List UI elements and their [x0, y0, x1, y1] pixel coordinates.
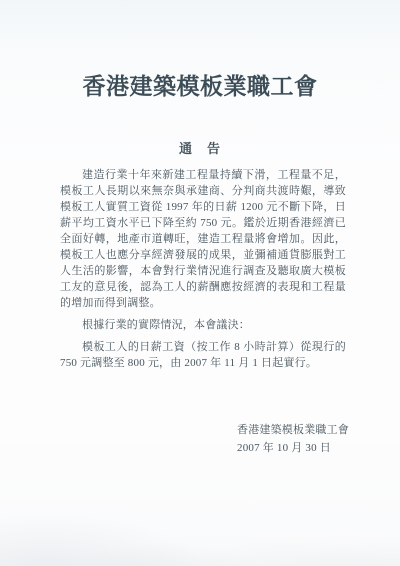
notice-heading: 通 告 — [0, 138, 400, 157]
paragraph-resolution-intro: 根據行業的實際情況，本會議決： — [60, 317, 346, 333]
notice-body: 建造行業十年來新建工程量持續下滑，工程量不足，模板工人長期以來無奈與承建商、分判… — [60, 167, 346, 377]
signature-org: 香港建築模板業職工會 — [237, 421, 349, 439]
paragraph-industry-background: 建造行業十年來新建工程量持續下滑，工程量不足，模板工人長期以來無奈與承建商、分判… — [60, 167, 346, 311]
signature-block: 香港建築模板業職工會 2007 年 10 月 30 日 — [237, 421, 349, 457]
scanned-notice-page: 香港建築模板業職工會 通 告 建造行業十年來新建工程量持續下滑，工程量不足，模板… — [0, 0, 400, 566]
signature-date: 2007 年 10 月 30 日 — [237, 439, 349, 457]
union-title: 香港建築模板業職工會 — [0, 68, 400, 101]
paragraph-wage-adjustment: 模板工人的日薪工資（按工作 8 小時計算）從現行的 750 元調整至 800 元… — [60, 339, 346, 371]
